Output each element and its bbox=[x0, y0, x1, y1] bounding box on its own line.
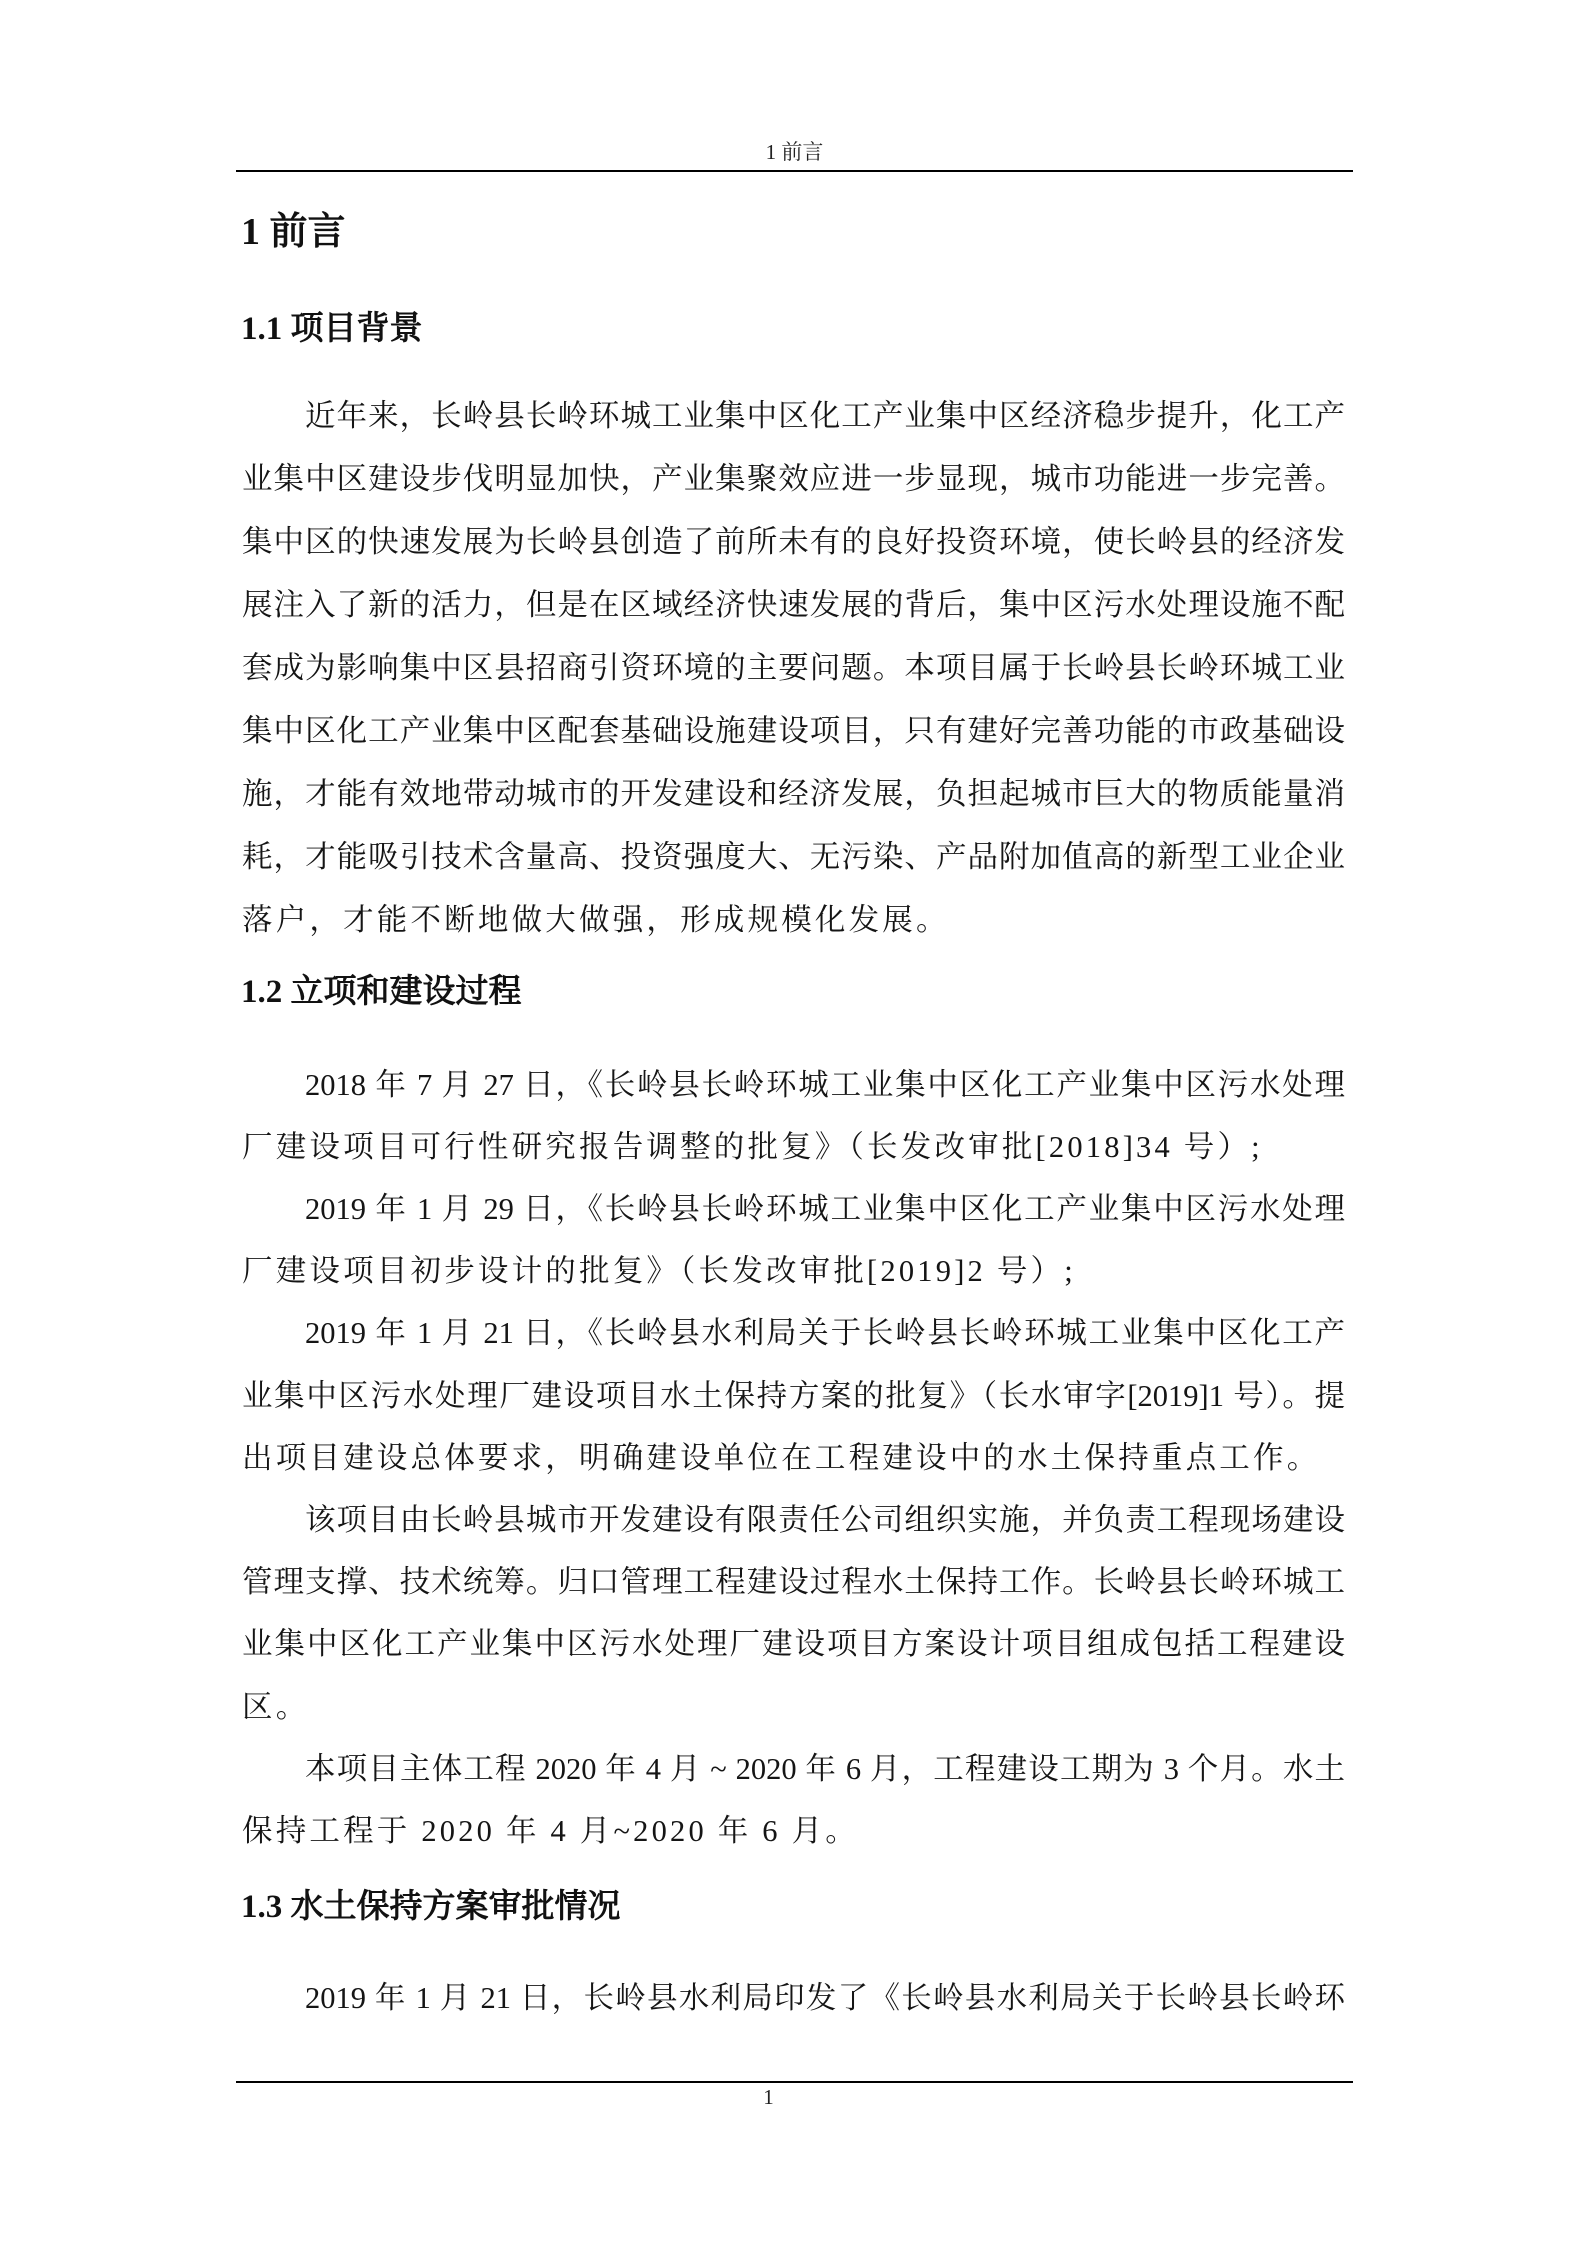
paragraph-line: 保持工程于 2020 年 4 月~2020 年 6 月。 bbox=[242, 1811, 1345, 1851]
section-title-1-1: 1.1 项目背景 bbox=[241, 307, 423, 351]
paragraph-line: 该项目由长岭县城市开发建设有限责任公司组织实施，并负责工程现场建设 bbox=[242, 1500, 1345, 1540]
paragraph-line: 耗，才能吸引技术含量高、投资强度大、无污染、产品附加值高的新型工业企业 bbox=[242, 837, 1345, 877]
page-number: 1 bbox=[236, 2084, 1353, 2110]
paragraph-line: 展注入了新的活力，但是在区域经济快速发展的背后，集中区污水处理设施不配 bbox=[242, 585, 1345, 625]
paragraph-line: 厂建设项目可行性研究报告调整的批复》（长发改审批[2018]34 号）; bbox=[242, 1127, 1345, 1167]
paragraph-line: 集中区的快速发展为长岭县创造了前所未有的良好投资环境，使长岭县的经济发 bbox=[242, 522, 1345, 562]
paragraph-line: 区。 bbox=[242, 1687, 1345, 1727]
paragraph-line: 施，才能有效地带动城市的开发建设和经济发展，负担起城市巨大的物质能量消 bbox=[242, 774, 1345, 814]
paragraph-line: 2018 年 7 月 27 日，《长岭县长岭环城工业集中区化工产业集中区污水处理 bbox=[242, 1065, 1345, 1105]
paragraph-line: 集中区化工产业集中区配套基础设施建设项目，只有建好完善功能的市政基础设 bbox=[242, 711, 1345, 751]
paragraph-line: 本项目主体工程 2020 年 4 月 ~ 2020 年 6 月，工程建设工期为 … bbox=[242, 1749, 1345, 1789]
paragraph-line: 厂建设项目初步设计的批复》（长发改审批[2019]2 号）; bbox=[242, 1251, 1345, 1291]
paragraph-line: 业集中区建设步伐明显加快，产业集聚效应进一步显现，城市功能进一步完善。 bbox=[242, 459, 1345, 499]
paragraph-line: 管理支撑、技术统筹。归口管理工程建设过程水土保持工作。长岭县长岭环城工 bbox=[242, 1562, 1345, 1602]
paragraph-line: 业集中区污水处理厂建设项目水土保持方案的批复》（长水审字[2019]1 号）。提 bbox=[242, 1376, 1345, 1416]
paragraph-line: 出项目建设总体要求，明确建设单位在工程建设中的水土保持重点工作。 bbox=[242, 1438, 1345, 1478]
footer-rule bbox=[236, 2081, 1353, 2083]
paragraph-line: 近年来，长岭县长岭环城工业集中区化工产业集中区经济稳步提升，化工产 bbox=[242, 396, 1345, 436]
running-header: 1 前言 bbox=[236, 138, 1353, 166]
paragraph-line: 2019 年 1 月 29 日，《长岭县长岭环城工业集中区化工产业集中区污水处理 bbox=[242, 1189, 1345, 1229]
paragraph-line: 2019 年 1 月 21 日，长岭县水利局印发了《长岭县水利局关于长岭县长岭环 bbox=[242, 1978, 1345, 2018]
document-page: 1 前言 1 前言 1.1 项目背景 近年来，长岭县长岭环城工业集中区化工产业集… bbox=[0, 0, 1587, 2245]
section-title-1-2: 1.2 立项和建设过程 bbox=[241, 970, 522, 1014]
paragraph-line: 业集中区化工产业集中区污水处理厂建设项目方案设计项目组成包括工程建设 bbox=[242, 1624, 1345, 1664]
chapter-title: 1 前言 bbox=[241, 207, 346, 257]
paragraph-line: 套成为影响集中区县招商引资环境的主要问题。本项目属于长岭县长岭环城工业 bbox=[242, 648, 1345, 688]
paragraph-line: 2019 年 1 月 21 日，《长岭县水利局关于长岭县长岭环城工业集中区化工产 bbox=[242, 1313, 1345, 1353]
paragraph-line: 落户，才能不断地做大做强，形成规模化发展。 bbox=[242, 900, 1345, 940]
header-rule bbox=[236, 170, 1353, 172]
section-title-1-3: 1.3 水土保持方案审批情况 bbox=[241, 1885, 621, 1929]
